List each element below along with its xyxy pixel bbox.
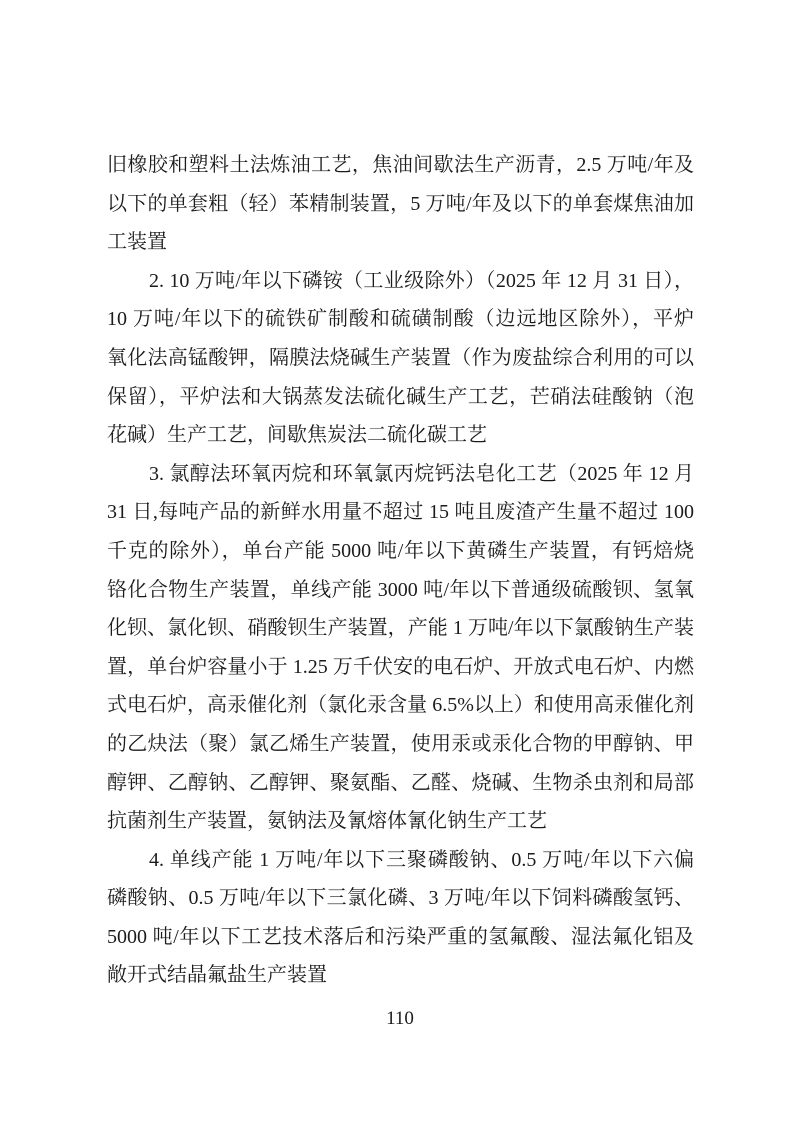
text-line: 的乙炔法（聚）氯乙烯生产装置，使用汞或汞化合物的甲醇钠、甲 <box>107 725 694 764</box>
page-number: 110 <box>386 1008 414 1029</box>
text-line: 2. 10 万吨/年以下磷铵（工业级除外）（2025 年 12 月 31 日）， <box>107 262 694 301</box>
text-line: 式电石炉，高汞催化剂（氯化汞含量 6.5%以上）和使用高汞催化剂 <box>107 686 694 725</box>
text-line: 磷酸钠、0.5 万吨/年以下三氯化磷、3 万吨/年以下饲料磷酸氢钙、 <box>107 879 694 918</box>
text-line: 3. 氯醇法环氧丙烷和环氧氯丙烷钙法皂化工艺（2025 年 12 月 <box>107 455 694 494</box>
text-line: 铬化合物生产装置，单线产能 3000 吨/年以下普通级硫酸钡、氢氧 <box>107 571 694 610</box>
text-line: 千克的除外），单台产能 5000 吨/年以下黄磷生产装置，有钙焙烧 <box>107 532 694 571</box>
text-line: 氧化法高锰酸钾，隔膜法烧碱生产装置（作为废盐综合利用的可以 <box>107 339 694 378</box>
document-page: 旧橡胶和塑料土法炼油工艺，焦油间歇法生产沥青，2.5 万吨/年及以下的单套粗（轻… <box>0 0 800 1131</box>
text-line: 敞开式结晶氟盐生产装置 <box>107 956 694 995</box>
text-line: 5000 吨/年以下工艺技术落后和污染严重的氢氟酸、湿法氟化铝及 <box>107 918 694 957</box>
paragraph: 3. 氯醇法环氧丙烷和环氧氯丙烷钙法皂化工艺（2025 年 12 月31 日,每… <box>107 455 694 841</box>
text-line: 花碱）生产工艺，间歇焦炭法二硫化碳工艺 <box>107 416 694 455</box>
paragraph: 2. 10 万吨/年以下磷铵（工业级除外）（2025 年 12 月 31 日），… <box>107 262 694 455</box>
text-line: 以下的单套粗（轻）苯精制装置，5 万吨/年及以下的单套煤焦油加 <box>107 185 694 224</box>
page-footer: 110 <box>0 1008 800 1030</box>
document-text: 旧橡胶和塑料土法炼油工艺，焦油间歇法生产沥青，2.5 万吨/年及以下的单套粗（轻… <box>107 146 694 995</box>
text-line: 工装置 <box>107 223 694 262</box>
text-line: 抗菌剂生产装置，氨钠法及氰熔体氰化钠生产工艺 <box>107 802 694 841</box>
text-line: 10 万吨/年以下的硫铁矿制酸和硫磺制酸（边远地区除外），平炉 <box>107 300 694 339</box>
text-line: 醇钾、乙醇钠、乙醇钾、聚氨酯、乙醛、烧碱、生物杀虫剂和局部 <box>107 764 694 803</box>
paragraph: 旧橡胶和塑料土法炼油工艺，焦油间歇法生产沥青，2.5 万吨/年及以下的单套粗（轻… <box>107 146 694 262</box>
text-line: 保留），平炉法和大锅蒸发法硫化碱生产工艺，芒硝法硅酸钠（泡 <box>107 378 694 417</box>
paragraph: 4. 单线产能 1 万吨/年以下三聚磷酸钠、0.5 万吨/年以下六偏磷酸钠、0.… <box>107 841 694 995</box>
text-line: 旧橡胶和塑料土法炼油工艺，焦油间歇法生产沥青，2.5 万吨/年及 <box>107 146 694 185</box>
text-line: 31 日,每吨产品的新鲜水用量不超过 15 吨且废渣产生量不超过 100 <box>107 493 694 532</box>
text-line: 化钡、氯化钡、硝酸钡生产装置，产能 1 万吨/年以下氯酸钠生产装 <box>107 609 694 648</box>
text-line: 置，单台炉容量小于 1.25 万千伏安的电石炉、开放式电石炉、内燃 <box>107 648 694 687</box>
text-line: 4. 单线产能 1 万吨/年以下三聚磷酸钠、0.5 万吨/年以下六偏 <box>107 841 694 880</box>
